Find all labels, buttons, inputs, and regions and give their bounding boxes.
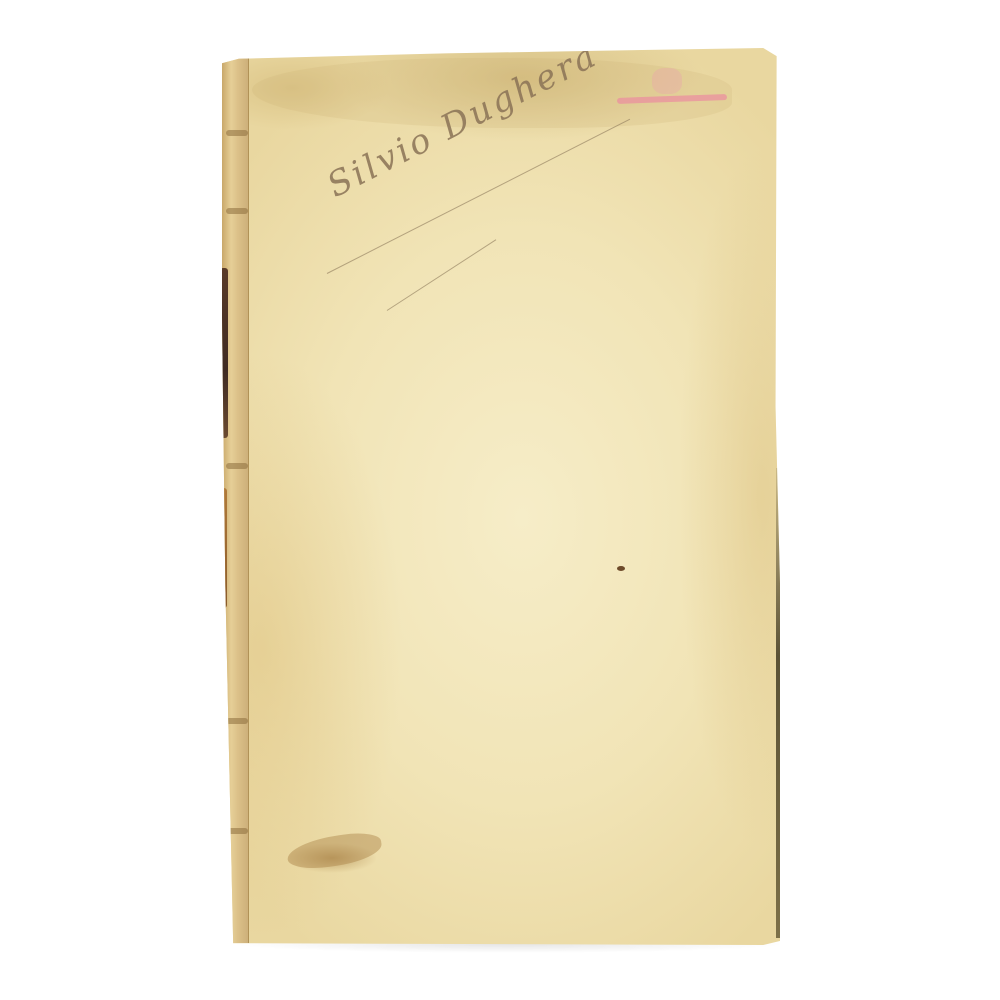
binding-stitch (226, 828, 248, 834)
photo-scene: Silvio Dughera (0, 0, 1000, 1000)
binding-stitch (226, 208, 248, 214)
book: Silvio Dughera (222, 48, 780, 945)
book-spine (222, 58, 249, 943)
binding-stitch (226, 718, 248, 724)
pink-smudge (652, 68, 682, 94)
binding-stitch (226, 130, 248, 136)
ink-spot (617, 566, 625, 571)
spine-tear-rust (221, 488, 227, 608)
page-edges (776, 468, 780, 938)
spine-tear-dark (220, 268, 228, 438)
book-cover (222, 48, 780, 945)
binding-stitch (226, 463, 248, 469)
